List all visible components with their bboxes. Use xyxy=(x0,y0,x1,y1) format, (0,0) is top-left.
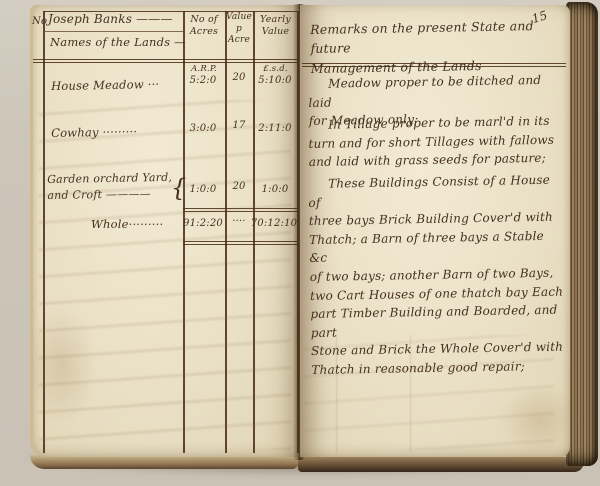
remarks-paragraph: In Tillage proper to be marl'd in its tu… xyxy=(308,112,563,172)
yearly-value-column-header: Yearly Value xyxy=(253,14,298,38)
owner-name: Joseph Banks ——— xyxy=(48,12,173,27)
bleed-rule xyxy=(410,335,411,453)
land-row-yearly: 5:10:0 xyxy=(252,75,298,88)
land-row-name: Cowhay ········· xyxy=(51,124,137,140)
remarks-heading: Remarks on the present State and future … xyxy=(310,16,563,79)
remarks-paragraph: These Buildings Consist of a House of th… xyxy=(308,171,568,380)
ledger-book-scan: No Joseph Banks ——— Names of the Lands —… xyxy=(0,0,600,486)
acres-unit-label: A.R.P. xyxy=(183,64,225,75)
land-row-name: House Meadow ··· xyxy=(51,77,159,93)
total-rule-top-2 xyxy=(183,211,298,212)
land-row-acres: 5:2:0 xyxy=(181,75,225,88)
total-yearly: 70:12:10 xyxy=(249,218,299,231)
left-page-bottom-edge xyxy=(30,455,298,469)
right-page-bottom-edge xyxy=(298,457,584,472)
bleed-rule xyxy=(336,335,337,453)
owner-underline xyxy=(45,31,183,32)
land-row-per-acre: 17 xyxy=(225,120,253,133)
table-rule-no-col xyxy=(43,11,45,453)
total-label: Whole········· xyxy=(91,217,163,231)
land-row-acres: 3:0:0 xyxy=(181,123,225,136)
money-unit-label: £.s.d. xyxy=(253,64,298,75)
land-row-yearly: 2:11:0 xyxy=(252,123,298,136)
land-row-per-acre: 20 xyxy=(225,72,253,85)
total-acres: 91:2:20 xyxy=(178,218,228,231)
land-row-per-acre: 20 xyxy=(225,181,253,194)
acres-column-header: No of Acres xyxy=(183,14,225,38)
age-stain xyxy=(500,385,580,455)
total-rule-top-1 xyxy=(183,208,298,209)
value-per-acre-column-header: Value p Acre xyxy=(225,12,253,47)
heading-rule-2 xyxy=(302,66,566,67)
header-rule-1 xyxy=(33,59,298,60)
total-rule-bottom-1 xyxy=(183,241,298,242)
age-stain xyxy=(27,305,97,425)
no-column-header: No xyxy=(32,16,47,29)
ledger-left-page: No Joseph Banks ——— Names of the Lands —… xyxy=(30,5,300,457)
page-stack-fore-edge xyxy=(566,2,598,466)
names-of-lands-header: Names of the Lands — xyxy=(50,35,186,49)
total-rule-bottom-2 xyxy=(183,244,298,245)
land-row-acres: 1:0:0 xyxy=(181,184,225,197)
land-row-yearly: 1:0:0 xyxy=(252,184,298,197)
remarks-right-page: 15 Remarks on the present State and futu… xyxy=(300,5,570,457)
heading-rule-1 xyxy=(302,63,566,64)
land-row-name: Garden orchard Yard, and Croft ———— xyxy=(47,170,173,204)
